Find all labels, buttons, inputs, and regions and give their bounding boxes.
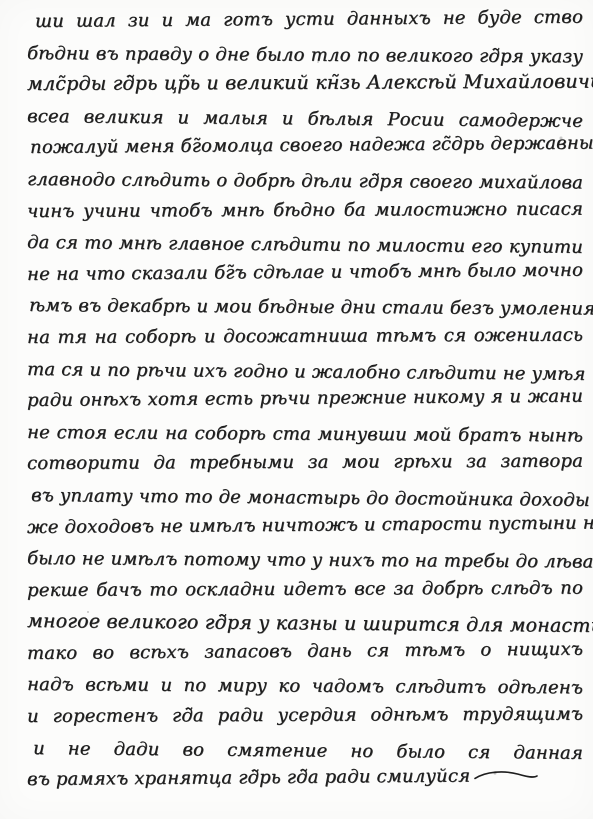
manuscript-line-text: пожалуй меня бг̃омолца своего надежа гс̃… (30, 133, 593, 158)
manuscript-line-text: и горестенъ гд̃а ради усердия однѣмъ тру… (27, 704, 583, 727)
manuscript-line: чинъ учини чтобъ мнѣ бѣдно ба милостижно… (27, 193, 583, 227)
manuscript-line-text: бѣдни въ правду о дне было тло по велико… (27, 43, 583, 67)
manuscript-line: и горестенъ гд̃а ради усердия однѣмъ тру… (27, 699, 583, 733)
manuscript-line: не на что сказали бг̃ъ сдѣлае и чтобъ мн… (27, 254, 583, 290)
manuscript-line-text: было не имѣлъ потому что у нихъ то на тр… (27, 548, 593, 572)
manuscript-line: тако во всѣхъ запасовъ дань ся тѣмъ о ни… (27, 634, 583, 670)
manuscript-line-text: главнодо слѣдить о добрѣ дѣли гд̃ря свое… (27, 169, 583, 193)
manuscript-line-text: же доходовъ не имѣлъ ничтожъ и старости … (27, 512, 593, 538)
manuscript-line-text: въ уплату что то де монастырь до достойн… (31, 485, 593, 511)
manuscript-line: рекше бачъ то оскладни идетъ все за добр… (27, 572, 583, 606)
manuscript-line: сотворити да требными за мои грѣхи за за… (27, 446, 583, 480)
manuscript-line: пожалуй меня бг̃омолца своего надежа гс̃… (27, 128, 583, 164)
terminal-flourish-icon (474, 769, 538, 784)
manuscript-line: млс̃рды гд̃рь цр̃ь и великий кн̃зь Алекс… (27, 67, 583, 101)
manuscript-line-text: рекше бачъ то оскладни идетъ все за добр… (27, 577, 583, 600)
manuscript-line: въ рамяхъ хранятца гд̃рь гд̃а ради смилу… (27, 760, 544, 796)
manuscript-line-text: надъ всѣми и по миру ко чадомъ слѣдитъ о… (27, 674, 583, 698)
manuscript-line-text: на тя на соборѣ и досожатниша тѣмъ ся ож… (27, 325, 583, 348)
manuscript-line-text: ѣмъ въ декабрѣ и мои бѣдные дни стали бе… (29, 295, 593, 319)
manuscript-line: же доходовъ не имѣлъ ничтожъ и старости … (27, 507, 583, 543)
manuscript-line-text: не стоя если на соборѣ ста минувши мой б… (27, 422, 583, 446)
manuscript-line-text: въ рамяхъ хранятца гд̃рь гд̃а ради смилу… (27, 766, 470, 790)
manuscript-line-text: сотворити да требными за мои грѣхи за за… (27, 451, 583, 474)
manuscript-line-text: да ся то мнѣ главное слѣдити по милости … (27, 232, 583, 258)
manuscript-line-text: не на что сказали бг̃ъ сдѣлае и чтобъ мн… (27, 259, 583, 284)
manuscript-line-text: ради онѣхъ хотя есть рѣчи прежние никому… (27, 386, 583, 411)
manuscript-line-text: ши шал зи и ма готъ усти данныхъ не буде… (35, 7, 583, 32)
manuscript-line-text: млс̃рды гд̃рь цр̃ь и великий кн̃зь Алекс… (27, 71, 593, 96)
manuscript-line: на тя на соборѣ и досожатниша тѣмъ ся ож… (27, 320, 583, 354)
manuscript-line-text: тако во всѣхъ запасовъ дань ся тѣмъ о ни… (27, 639, 583, 664)
manuscript-line: ради онѣхъ хотя есть рѣчи прежние никому… (27, 381, 583, 417)
manuscript-line: ши шал зи и ма готъ усти данныхъ не буде… (27, 2, 583, 38)
manuscript-page: ши шал зи и ма готъ усти данныхъ не буде… (0, 0, 593, 819)
manuscript-line-text: чинъ учини чтобъ мнѣ бѣдно ба милостижно… (27, 198, 583, 221)
manuscript-text-block: ши шал зи и ма готъ усти данныхъ не буде… (27, 6, 583, 796)
